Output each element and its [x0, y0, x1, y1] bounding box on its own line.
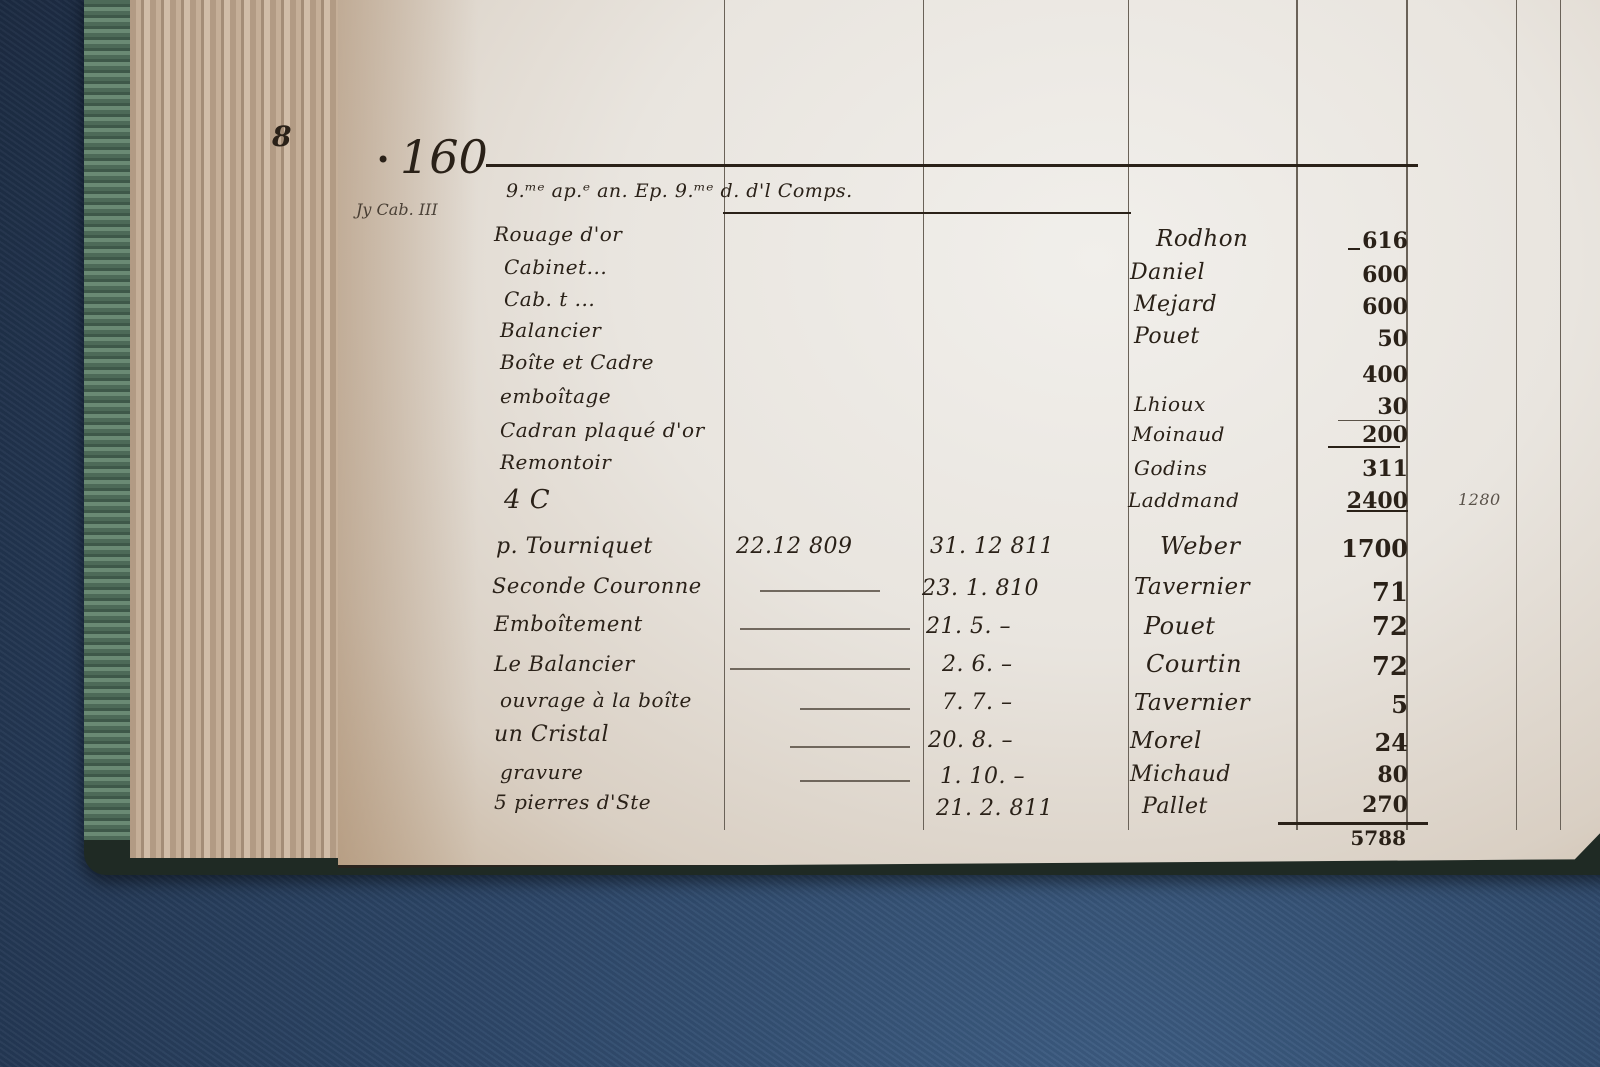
item-name: Pouet — [1134, 324, 1200, 349]
item-description: Cabinet... — [504, 255, 607, 279]
column-rule — [1296, 0, 1298, 830]
item-date: 2. 6. – — [942, 652, 1012, 677]
ledger-total: 5788 — [1310, 826, 1406, 850]
item-amount: 50 — [1320, 326, 1408, 352]
item-amount: 311 — [1320, 456, 1408, 482]
side-note: 1280 — [1458, 490, 1501, 509]
item-date: 31. 12 811 — [930, 534, 1054, 559]
item-name: Tavernier — [1134, 574, 1250, 600]
column-rule — [724, 0, 725, 830]
item-description: Cadran plaqué d'or — [500, 418, 705, 442]
item-amount: 5 — [1320, 690, 1408, 719]
item-date: 1. 10. – — [940, 764, 1025, 789]
entry-prefix: • — [376, 146, 390, 174]
item-description: Rouage d'or — [494, 222, 622, 246]
item-name: Morel — [1130, 728, 1202, 754]
leader-dash — [800, 708, 910, 710]
item-amount: 80 — [1320, 762, 1408, 788]
item-amount: 600 — [1320, 294, 1408, 320]
leader-dash — [790, 746, 910, 748]
item-date: 23. 1. 810 — [922, 576, 1039, 601]
header-rule — [486, 164, 1418, 167]
item-name: Daniel — [1130, 260, 1205, 285]
item-name: Tavernier — [1134, 690, 1250, 716]
item-name: Pallet — [1142, 794, 1208, 819]
item-amount: 2400 — [1320, 488, 1408, 514]
subtotal-box — [1338, 420, 1400, 421]
item-description: Remontoir — [500, 450, 611, 474]
item-description: 4 C — [504, 485, 550, 515]
subheader-rule — [723, 212, 1131, 214]
column-rule — [923, 0, 924, 830]
item-description: Emboîtement — [494, 612, 643, 636]
item-name: Lhioux — [1134, 392, 1206, 416]
total-rule — [1278, 822, 1428, 825]
item-description: ouvrage à la boîte — [500, 688, 692, 712]
item-amount: 72 — [1320, 652, 1408, 682]
item-name: Pouet — [1144, 612, 1215, 640]
leader-dash — [800, 780, 910, 782]
item-amount: 616 — [1320, 228, 1408, 254]
left-margin-note: Jy Cab. III — [356, 200, 438, 219]
item-amount: 1700 — [1320, 534, 1408, 563]
item-description: Boîte et Cadre — [500, 350, 654, 374]
item-amount: 72 — [1320, 612, 1408, 642]
item-description: un Cristal — [494, 722, 609, 747]
item-name: Laddmand — [1128, 488, 1239, 512]
item-description: Cab. t ... — [504, 287, 595, 311]
leader-dash — [740, 628, 910, 630]
book-spine-edge — [84, 0, 130, 840]
item-amount: 200 — [1320, 422, 1408, 448]
item-date: 21. 5. – — [926, 614, 1011, 639]
item-name: Weber — [1160, 532, 1240, 560]
item-amount: 30 — [1320, 394, 1408, 420]
item-description: p. Tourniquet — [496, 534, 653, 559]
column-rule — [1128, 0, 1129, 830]
item-amount: 24 — [1320, 728, 1408, 757]
item-date: 21. 2. 811 — [936, 796, 1053, 821]
entry-number: 160 — [400, 130, 488, 184]
item-amount: 600 — [1320, 262, 1408, 288]
item-date-left: 22.12 809 — [736, 534, 852, 559]
item-description: gravure — [500, 760, 583, 784]
leader-dash — [760, 590, 880, 592]
item-date: 7. 7. – — [942, 690, 1012, 715]
item-description: Balancier — [500, 318, 601, 342]
page-edges — [130, 0, 340, 858]
column-rule — [1560, 0, 1561, 830]
item-amount: 71 — [1320, 578, 1408, 608]
item-date: 20. 8. – — [928, 728, 1013, 753]
item-description: Le Balancier — [494, 652, 635, 676]
header-line: 9.ᵐᵉ ap.ᵉ an. Ep. 9.ᵐᵉ d. d'l Comps. — [506, 180, 853, 202]
item-name: Michaud — [1130, 762, 1231, 787]
leader-dash — [730, 668, 910, 670]
item-amount: 400 — [1320, 362, 1408, 388]
item-name: Rodhon — [1156, 226, 1248, 252]
column-rule — [1516, 0, 1517, 830]
item-name: Mejard — [1134, 292, 1217, 317]
margin-mark: 8 — [272, 120, 291, 153]
item-description: Seconde Couronne — [492, 574, 702, 598]
item-description: emboîtage — [500, 384, 611, 408]
item-amount: 270 — [1320, 792, 1408, 818]
item-name: Godins — [1134, 456, 1207, 480]
item-description: 5 pierres d'Ste — [494, 790, 651, 814]
item-name: Moinaud — [1132, 422, 1225, 446]
item-name: Courtin — [1146, 650, 1242, 678]
